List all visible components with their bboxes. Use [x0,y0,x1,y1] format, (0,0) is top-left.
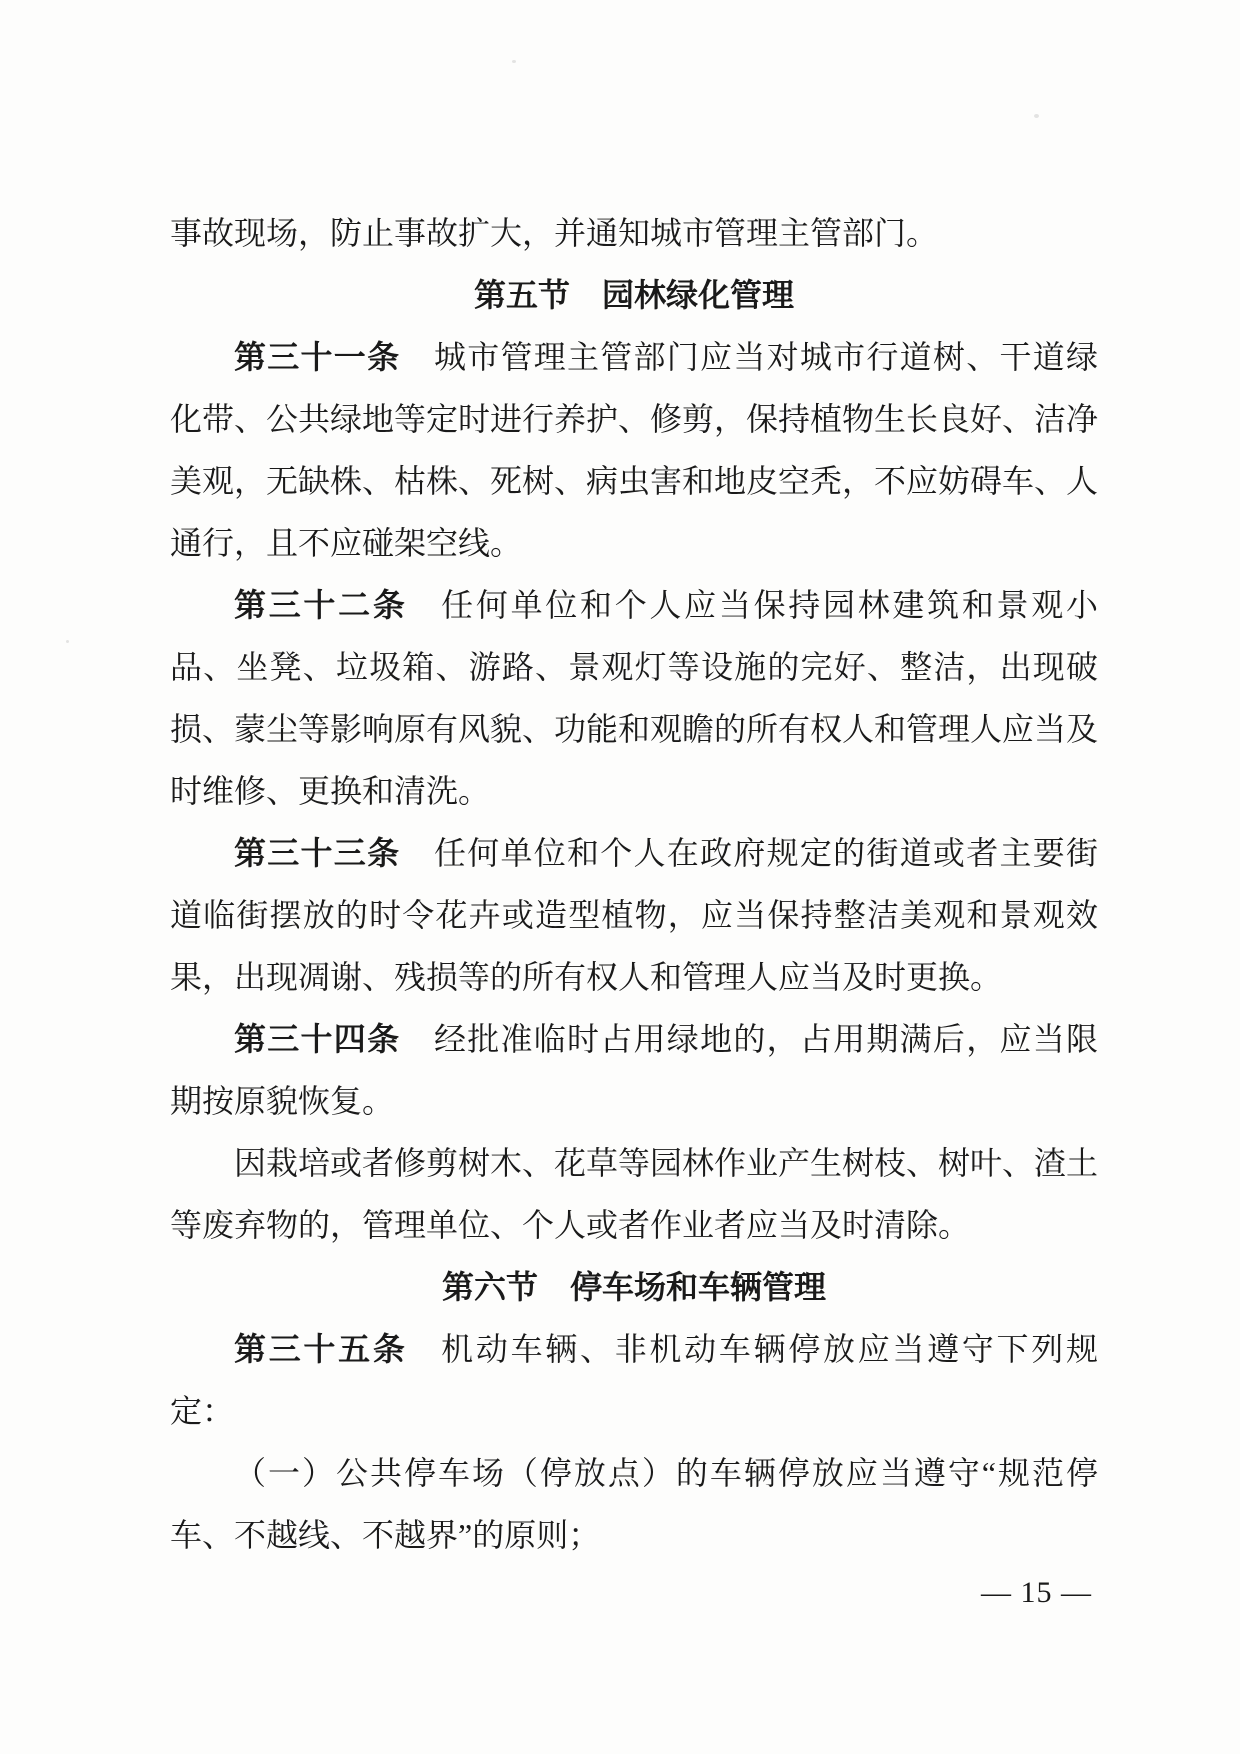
article-32-number: 第三十二条 [234,587,408,623]
article-31-number: 第三十一条 [234,339,400,375]
article-34: 第三十四条经批准临时占用绿地的，占用期满后，应当限期按原貌恢复。 [170,1008,1098,1132]
article-35: 第三十五条机动车辆、非机动车辆停放应当遵守下列规定： [170,1318,1098,1442]
page-number: — 15 — [981,1576,1092,1610]
article-35-item-1: （一）公共停车场（停放点）的车辆停放应当遵守“规范停车、不越线、不越界”的原则； [170,1442,1098,1566]
article-35-number: 第三十五条 [234,1331,408,1367]
article-34-number: 第三十四条 [234,1021,400,1057]
document-body: 事故现场，防止事故扩大，并通知城市管理主管部门。 第五节 园林绿化管理 第三十一… [170,202,1098,1566]
scan-speck [1034,114,1039,118]
continuation-line: 事故现场，防止事故扩大，并通知城市管理主管部门。 [170,202,1098,264]
section-heading-5: 第五节 园林绿化管理 [170,264,1098,326]
article-33-number: 第三十三条 [234,835,400,871]
scan-speck [512,60,516,63]
scan-speck [66,640,69,643]
article-33: 第三十三条任何单位和个人在政府规定的街道或者主要街道临街摆放的时令花卉或造型植物… [170,822,1098,1008]
article-31: 第三十一条城市管理主管部门应当对城市行道树、干道绿化带、公共绿地等定时进行养护、… [170,326,1098,574]
section-heading-6: 第六节 停车场和车辆管理 [170,1256,1098,1318]
article-34-paragraph-2: 因栽培或者修剪树木、花草等园林作业产生树枝、树叶、渣土等废弃物的，管理单位、个人… [170,1132,1098,1256]
article-32: 第三十二条任何单位和个人应当保持园林建筑和景观小品、坐凳、垃圾箱、游路、景观灯等… [170,574,1098,822]
document-page: 事故现场，防止事故扩大，并通知城市管理主管部门。 第五节 园林绿化管理 第三十一… [0,0,1240,1754]
